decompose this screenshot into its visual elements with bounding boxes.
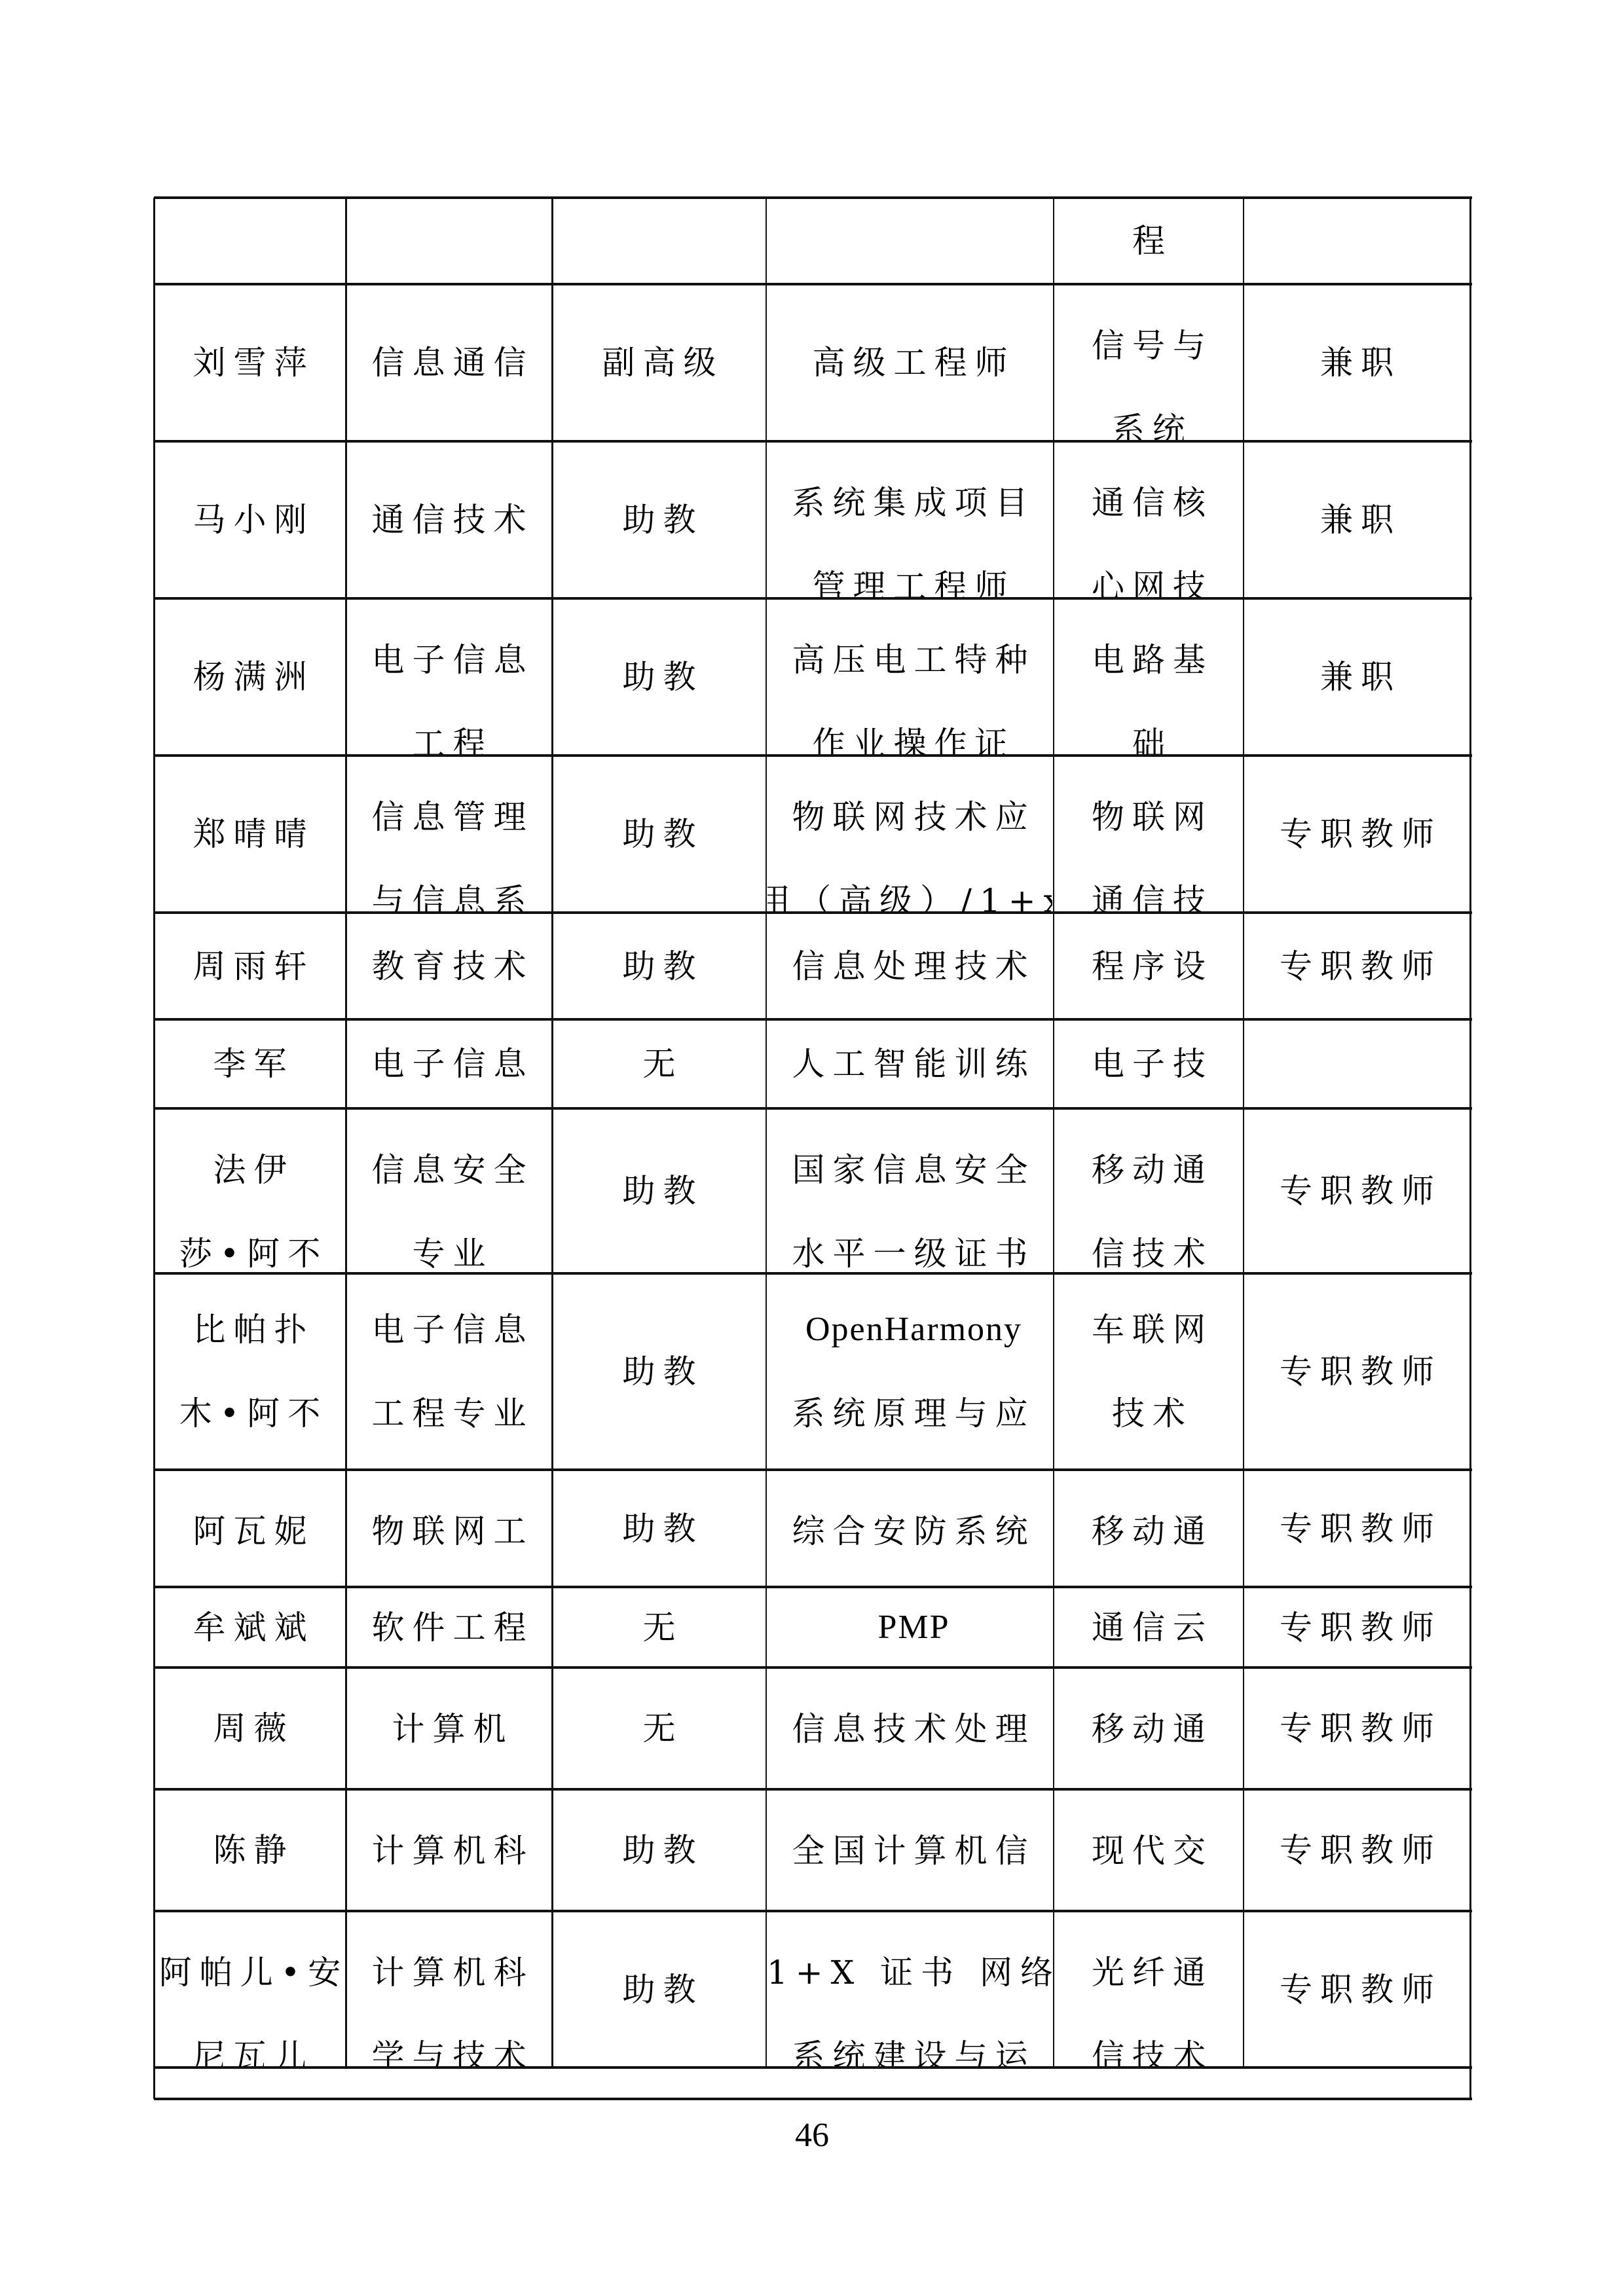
major-cell: 教育技术: [347, 914, 551, 1018]
cell-text: 国家信息安全: [784, 1128, 1036, 1212]
name-cell: 阿瓦妮…: [155, 1471, 344, 1586]
cell-text: 技术: [1104, 1372, 1193, 1455]
cell-text: 人工智能训练: [784, 1022, 1036, 1106]
cell-text: 信技术: [1084, 2014, 1213, 2066]
cell-text: 兼职: [1312, 321, 1401, 405]
major-cell: 通信技术: [347, 443, 551, 597]
type-cell: [1245, 1021, 1469, 1107]
cell-text: 水平一级证书: [784, 1212, 1036, 1272]
course-cell: 移动通信技术: [1055, 1110, 1242, 1272]
type-cell: 专职教师: [1245, 1275, 1469, 1468]
teacher-table: 程刘雪萍信息通信副高级高级工程师信号与系统兼职马小刚通信技术助教系统集成项目管理…: [0, 0, 1624, 2296]
cert-cell: 高压电工特种作业操作证: [767, 600, 1052, 754]
cell-text: 陈静: [206, 1808, 295, 1892]
cell-text: 电子信息: [364, 618, 534, 702]
cell-text: 息高新技术考: [784, 1893, 1036, 1910]
name-cell: 法伊莎•阿不: [155, 1110, 344, 1272]
cell-text: 移动通: [1084, 1128, 1213, 1212]
major-cell: 软件工程: [347, 1588, 551, 1666]
cell-text: 与信息系: [364, 859, 534, 911]
cert-cell: [767, 199, 1052, 283]
course-cell: 程: [1055, 199, 1242, 283]
cell-text: 助教: [615, 1149, 704, 1233]
major-cell: 物联网工程: [347, 1471, 551, 1586]
cell-text: 1+X 证书 网络: [767, 1931, 1052, 2014]
cell-text: 现代交: [1084, 1809, 1213, 1893]
title-cell: 助教: [553, 757, 765, 911]
cell-text: 专职教师: [1272, 1149, 1442, 1233]
cell-text: 移动通: [1084, 1489, 1213, 1573]
major-cell: 电子信息: [347, 1021, 551, 1107]
column-divider: [1053, 198, 1054, 2068]
name-cell: 比帕扑木•阿不: [155, 1275, 344, 1468]
major-cell: 计算机科学与技术: [347, 1791, 551, 1910]
cell-text: 信息通信: [364, 321, 534, 405]
cell-text: 助教: [615, 1948, 704, 2032]
course-cell: 移动通…: [1055, 1471, 1242, 1586]
type-cell: 专职教师: [1245, 1791, 1469, 1910]
type-cell: 专职教师: [1245, 914, 1469, 1018]
course-cell: 电路基础: [1055, 600, 1242, 754]
title-cell: 无: [553, 1669, 765, 1788]
course-cell: 光纤通信技术: [1055, 1912, 1242, 2066]
cell-text: 助教: [615, 478, 704, 562]
cell-text: 物联网技术应: [784, 775, 1036, 859]
name-cell: 陈静: [155, 1791, 344, 1910]
major-cell: [347, 199, 551, 283]
cell-text: 通信核: [1084, 461, 1213, 545]
title-cell: 助教: [553, 1275, 765, 1468]
cert-cell: 综合安防系统…: [767, 1471, 1052, 1586]
cell-text: 系统原理与应: [784, 1372, 1036, 1455]
cell-text: 莎•阿不: [172, 1212, 329, 1272]
title-cell: 助教: [553, 914, 765, 1018]
cell-text: 专职教师: [1272, 1330, 1442, 1413]
cell-text: 换技术: [1084, 1893, 1213, 1910]
cert-cell: PMP: [767, 1588, 1052, 1666]
cell-text: 系统: [1104, 388, 1193, 440]
cell-text: …: [886, 1573, 934, 1586]
type-cell: 专职教师: [1245, 1669, 1469, 1788]
name-cell: 周雨轩: [155, 914, 344, 1018]
cell-text: PMP: [870, 1588, 950, 1666]
cell-text: 信息安全: [364, 1128, 534, 1212]
cell-text: …: [1124, 1573, 1173, 1586]
cell-text: 用（高级）/1+x: [767, 859, 1052, 911]
cell-text: 高级工程师: [805, 321, 1016, 405]
cell-text: 专职教师: [1272, 924, 1442, 1008]
cert-cell: 1+X 证书 网络系统建设与运: [767, 1912, 1052, 2066]
cell-text: 通信技术: [364, 478, 534, 562]
course-cell: 移动通信技术: [1055, 1669, 1242, 1788]
type-cell: 专职教师: [1245, 1110, 1469, 1272]
title-cell: 助教: [553, 1110, 765, 1272]
cell-text: 计算机: [384, 1687, 514, 1771]
type-cell: 专职教师: [1245, 1912, 1469, 2066]
cell-text: 法伊: [206, 1128, 295, 1212]
cell-text: 电路基: [1084, 618, 1213, 702]
type-cell: [1245, 199, 1469, 283]
title-cell: 助教: [553, 1471, 765, 1586]
type-cell: 兼职: [1245, 285, 1469, 440]
cell-text: 刘雪萍: [185, 321, 315, 405]
cert-cell: 国家信息安全水平一级证书: [767, 1110, 1052, 1272]
cell-text: 电子信息: [364, 1288, 534, 1372]
cell-text: 助教: [615, 924, 704, 1008]
name-cell: [155, 199, 344, 283]
cell-text: 兼职: [1312, 635, 1401, 719]
cell-text: 尼瓦儿: [185, 2014, 315, 2066]
cell-text: 程: [1124, 199, 1173, 283]
cell-text: 信技术: [1084, 1212, 1213, 1272]
page-number: 46: [747, 2116, 877, 2155]
type-cell: 专职教师: [1245, 1471, 1469, 1586]
cell-text: 助教: [615, 1330, 704, 1413]
cell-text: 综合安防系统: [784, 1489, 1036, 1573]
major-cell: 信息安全专业: [347, 1110, 551, 1272]
cell-text: 副高级: [595, 321, 724, 405]
table-rule: [154, 2098, 1472, 2100]
cell-text: 电子信息: [364, 1022, 534, 1106]
cell-text: 无: [635, 1588, 684, 1666]
table-border: [1469, 198, 1471, 2099]
cell-text: 移动通: [1084, 1687, 1213, 1771]
cert-cell: 信息处理技术: [767, 914, 1052, 1018]
name-cell: 牟斌斌: [155, 1588, 344, 1666]
cell-text: 心网技: [1084, 545, 1213, 597]
cell-text: 信息技术处理: [784, 1687, 1036, 1771]
cell-text: 科学与技: [364, 1771, 534, 1788]
cell-text: 助教: [615, 792, 704, 876]
cell-text: 作业操作证: [805, 702, 1016, 754]
cell-text: 通信技: [1084, 859, 1213, 911]
cell-text: 专职教师: [1272, 1487, 1442, 1571]
cell-text: 高压电工特种: [784, 618, 1036, 702]
course-cell: 物联网通信技: [1055, 757, 1242, 911]
cell-text: 郑晴晴: [185, 792, 315, 876]
column-divider: [1243, 198, 1244, 2068]
cert-cell: 人工智能训练: [767, 1021, 1052, 1107]
table-rule: [154, 2066, 1472, 2069]
cell-text: 车联网: [1084, 1288, 1213, 1372]
course-cell: 通信核心网技: [1055, 443, 1242, 597]
course-cell: 通信云: [1055, 1588, 1242, 1666]
course-cell: 信号与系统: [1055, 285, 1242, 440]
cert-cell: 信息技术处理员证书 高级: [767, 1669, 1052, 1788]
cell-text: 通信云: [1084, 1588, 1213, 1666]
name-cell: 郑晴晴: [155, 757, 344, 911]
cell-text: 助教: [615, 635, 704, 719]
title-cell: 无: [553, 1588, 765, 1666]
cell-text: 专职教师: [1272, 1588, 1442, 1666]
name-cell: 周薇: [155, 1669, 344, 1788]
cell-text: 兼职: [1312, 478, 1401, 562]
course-cell: 电子技: [1055, 1021, 1242, 1107]
title-cell: [553, 199, 765, 283]
cell-text: 信息处理技术: [784, 924, 1036, 1008]
course-cell: 车联网技术: [1055, 1275, 1242, 1468]
major-cell: 计算机科学与技术: [347, 1912, 551, 2066]
cert-cell: OpenHarmony系统原理与应: [767, 1275, 1052, 1468]
cell-text: 周雨轩: [185, 924, 315, 1008]
cell-text: 学与技术: [364, 1893, 534, 1910]
cell-text: 工程: [405, 702, 494, 754]
cell-text: 学与技术: [364, 2014, 534, 2066]
cell-text: 物联网工: [364, 1489, 534, 1573]
cell-text: OpenHarmony: [798, 1288, 1022, 1372]
cell-text: 系统建设与运: [784, 2014, 1036, 2066]
cell-text: 信技术: [1084, 1771, 1213, 1788]
title-cell: 助教: [553, 600, 765, 754]
title-cell: 助教: [553, 443, 765, 597]
column-divider: [766, 198, 767, 2068]
cell-text: 础: [1124, 702, 1173, 754]
cert-cell: 全国计算机信息高新技术考: [767, 1791, 1052, 1910]
cell-text: 全国计算机信: [784, 1809, 1036, 1893]
cell-text: 电子技: [1084, 1022, 1213, 1106]
cell-text: 系统集成项目: [784, 461, 1036, 545]
cell-text: 物联网: [1084, 775, 1213, 859]
cell-text: 周薇: [206, 1686, 295, 1770]
cell-text: 专职教师: [1272, 1948, 1442, 2032]
cell-text: 比帕扑: [185, 1288, 315, 1372]
cell-text: 计算机科: [364, 1809, 534, 1893]
cell-text: 李军: [206, 1022, 295, 1106]
type-cell: 兼职: [1245, 443, 1469, 597]
type-cell: 专职教师: [1245, 1588, 1469, 1666]
cell-text: 阿帕儿•安: [155, 1931, 344, 2014]
title-cell: 副高级: [553, 285, 765, 440]
cell-text: 信息管理: [364, 775, 534, 859]
cell-text: 助教: [615, 1487, 704, 1571]
cert-cell: 系统集成项目管理工程师: [767, 443, 1052, 597]
cell-text: 软件工程: [364, 1588, 534, 1666]
name-cell: 刘雪萍: [155, 285, 344, 440]
cell-text: 专职教师: [1272, 1686, 1442, 1770]
cell-text: 无: [635, 1686, 684, 1770]
cell-text: 员证书 高级: [796, 1771, 1025, 1788]
major-cell: 电子信息工程: [347, 600, 551, 754]
cell-text: 工程专业: [364, 1372, 534, 1455]
cell-text: 牟斌斌: [185, 1588, 315, 1666]
title-cell: 助教: [553, 1912, 765, 2066]
cell-text: 程: [425, 1573, 473, 1586]
course-cell: 程序设: [1055, 914, 1242, 1018]
major-cell: 计算机科学与技: [347, 1669, 551, 1788]
cell-text: 计算机科: [364, 1931, 534, 2014]
cell-text: 教育技术: [364, 924, 534, 1008]
title-cell: 助教: [553, 1791, 765, 1910]
cell-text: …: [226, 1573, 274, 1586]
cert-cell: 物联网技术应用（高级）/1+x: [767, 757, 1052, 911]
name-cell: 马小刚: [155, 443, 344, 597]
cell-text: 阿瓦妮: [185, 1489, 315, 1573]
cell-text: 光纤通: [1084, 1931, 1213, 2014]
cell-text: 专业: [405, 1212, 494, 1272]
name-cell: 李军: [155, 1021, 344, 1107]
cert-cell: 高级工程师: [767, 285, 1052, 440]
title-cell: 无: [553, 1021, 765, 1107]
type-cell: 兼职: [1245, 600, 1469, 754]
cell-text: 信号与: [1084, 304, 1213, 388]
type-cell: 专职教师: [1245, 757, 1469, 911]
cell-text: 杨满洲: [185, 635, 315, 719]
cell-text: 木•阿不: [172, 1372, 329, 1455]
name-cell: 杨满洲: [155, 600, 344, 754]
major-cell: 信息管理与信息系: [347, 757, 551, 911]
cell-text: 无: [635, 1022, 684, 1106]
course-cell: 现代交换技术: [1055, 1791, 1242, 1910]
name-cell: 阿帕儿•安尼瓦儿: [155, 1912, 344, 2066]
cell-text: 专职教师: [1272, 1808, 1442, 1892]
cell-text: 专职教师: [1272, 792, 1442, 876]
cell-text: 管理工程师: [805, 545, 1016, 597]
cell-text: 程序设: [1084, 924, 1213, 1008]
cell-text: 马小刚: [185, 478, 315, 562]
cell-text: 助教: [615, 1808, 704, 1892]
major-cell: 电子信息工程专业: [347, 1275, 551, 1468]
major-cell: 信息通信: [347, 285, 551, 440]
